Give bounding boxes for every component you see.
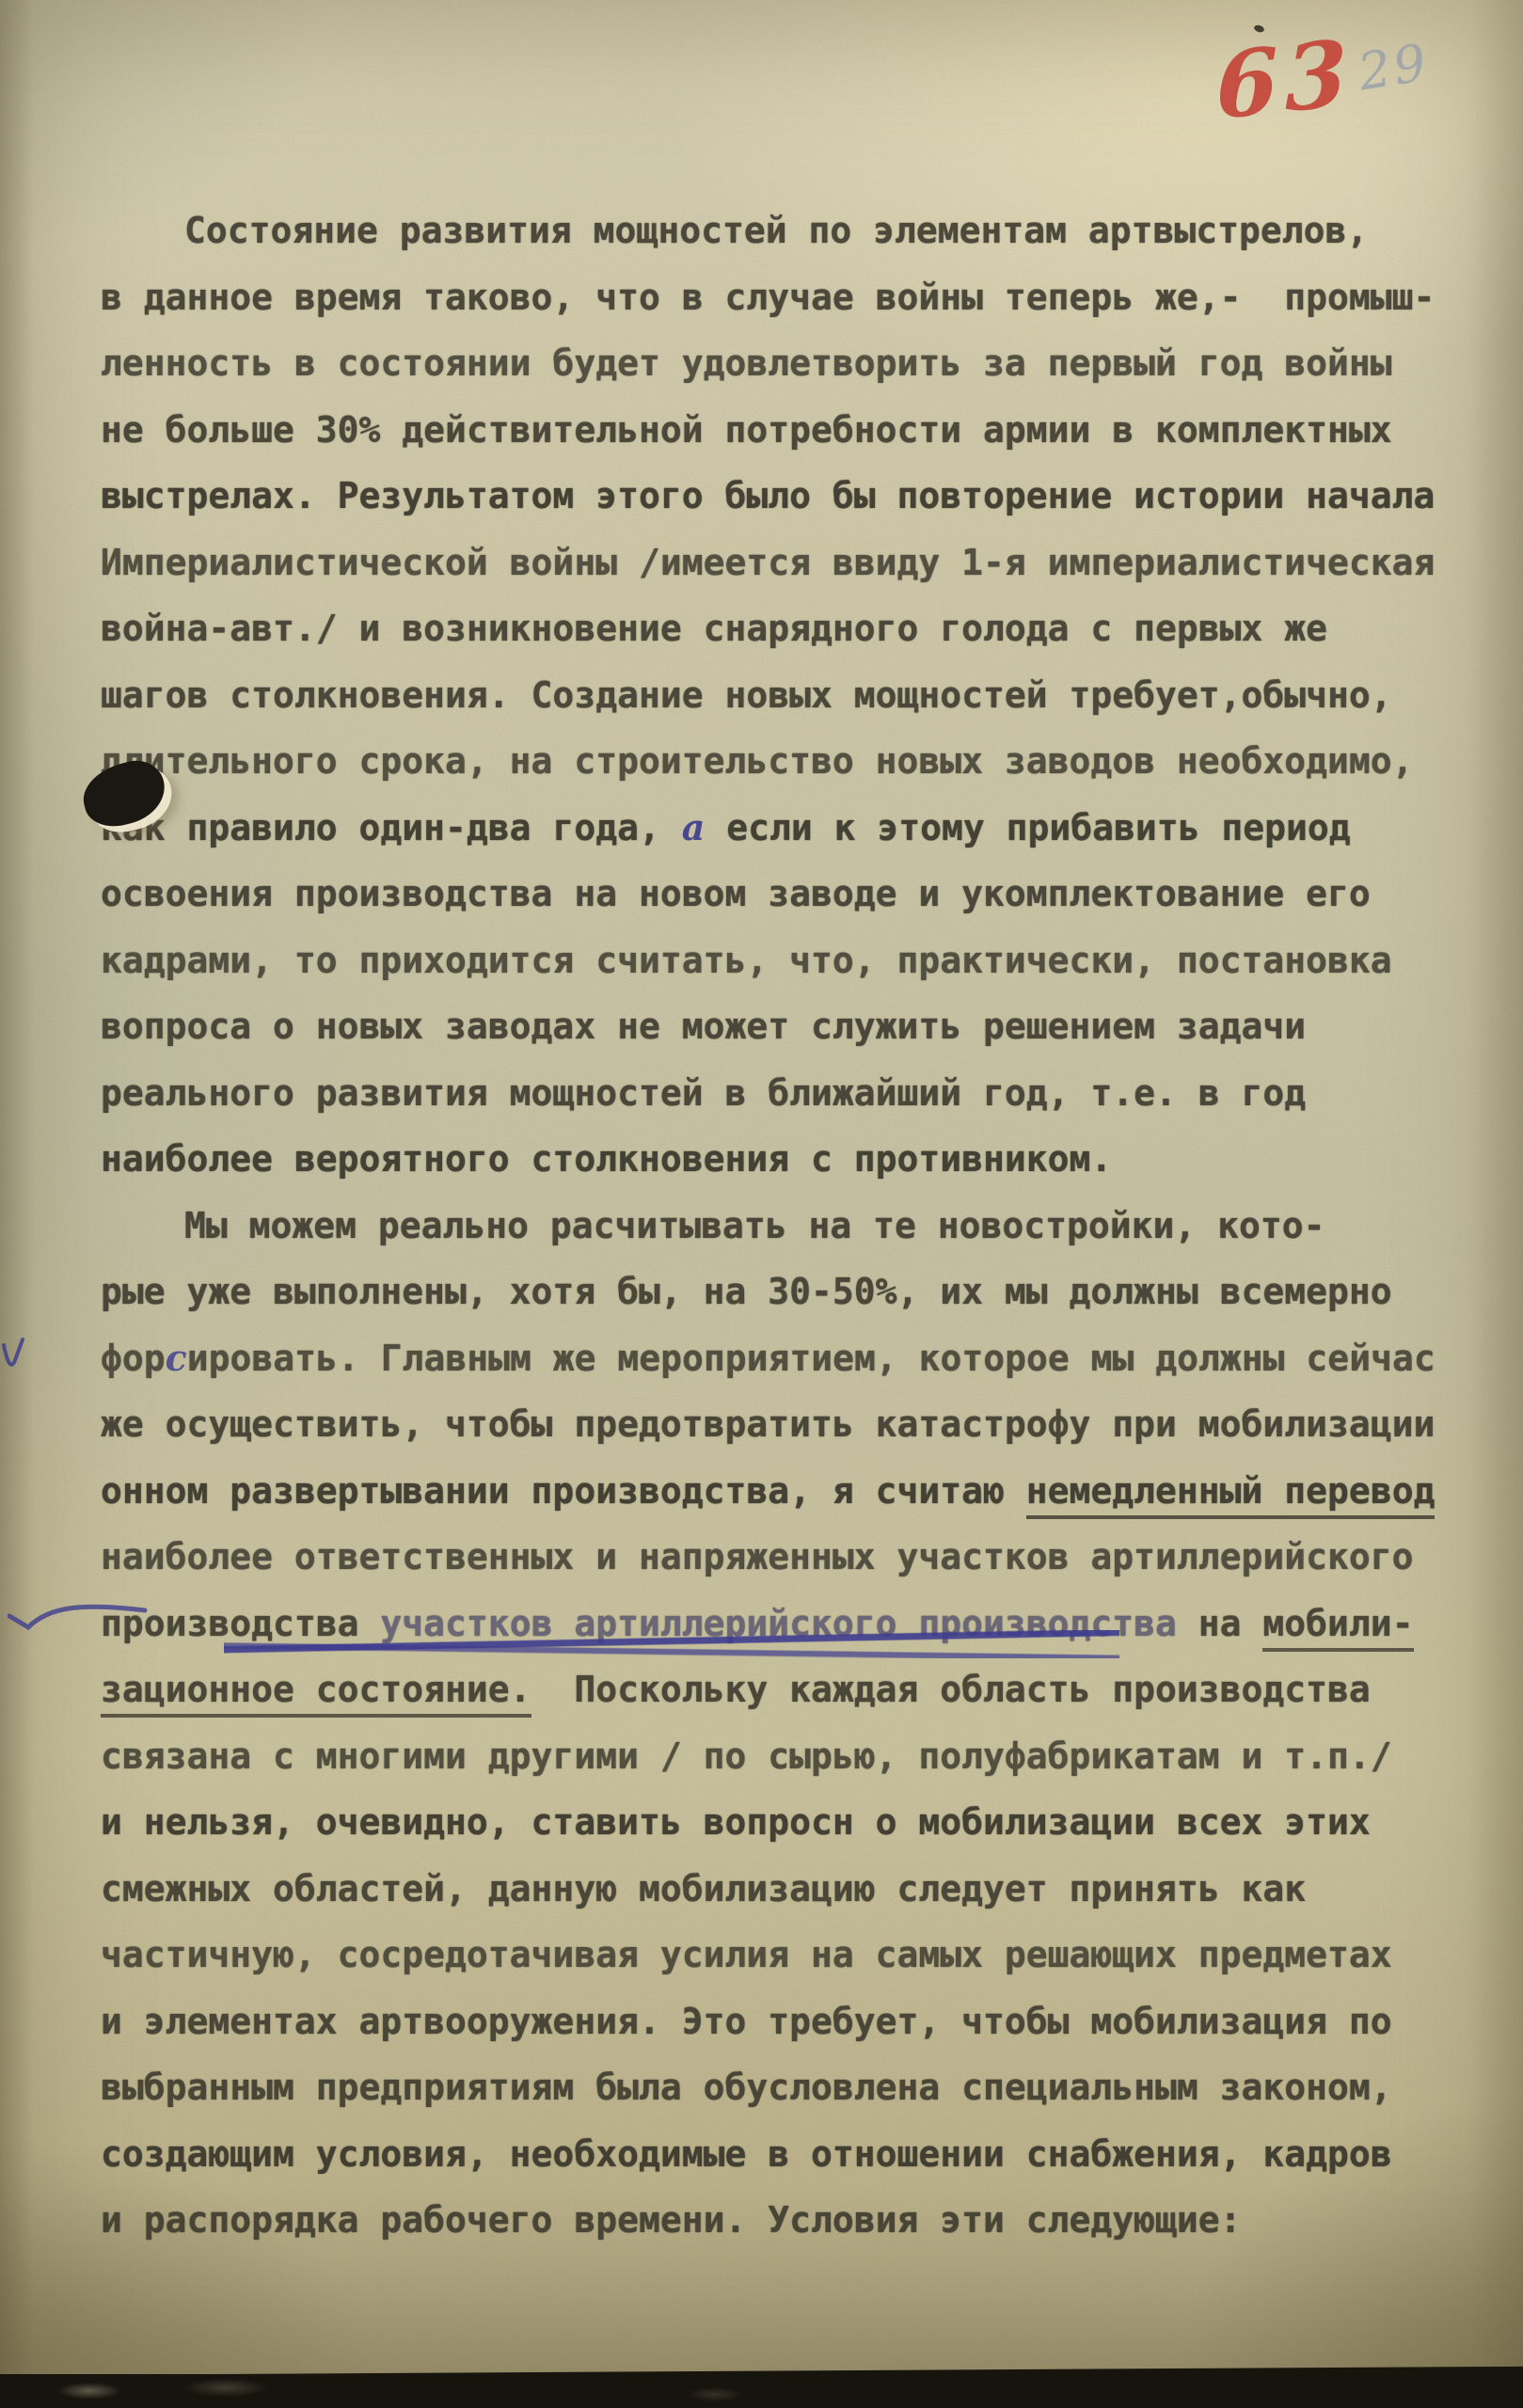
text-segment: не больше 30% действительной потребности…	[101, 408, 1392, 451]
text-line: длительного срока, на строительство новы…	[101, 739, 1414, 783]
text-line: Империалистической войны /имеется ввиду …	[101, 541, 1435, 584]
text-line: же осуществить, чтобы предотвратить ката…	[101, 1402, 1435, 1446]
text-segment: Поскольку каждая область производства	[531, 1668, 1371, 1711]
text-line: рые уже выполнены, хотя бы, на 30-50%, и…	[101, 1270, 1392, 1313]
text-segment: реального развития мощностей в ближайший…	[101, 1071, 1306, 1115]
text-line: вопроса о новых заводах не может служить…	[101, 1005, 1306, 1048]
text-segment: на	[1177, 1602, 1263, 1645]
typewritten-text: Состояние развития мощностей по элемента…	[0, 0, 1523, 2374]
paper-sheet: 63 29 Состояние развития мощностей по эл…	[0, 0, 1523, 2374]
text-line: онном развертывании производства, я счит…	[101, 1469, 1435, 1519]
text-line: выбранным предприятиям была обусловлена …	[101, 2066, 1392, 2109]
text-line: выстрелах. Результатом этого было бы пов…	[101, 474, 1435, 517]
text-line: как правило один-два года, а если к этом…	[101, 806, 1351, 849]
text-line: война-авт./ и возникновение снарядного г…	[101, 607, 1327, 650]
text-segment: связана с многими другими / по сырью, по…	[101, 1735, 1392, 1778]
text-line: и нельзя, очевидно, ставить вопросн о мо…	[101, 1800, 1371, 1844]
text-line: смежных областей, данную мобилизацию сле…	[101, 1867, 1306, 1910]
text-segment: фор	[101, 1337, 166, 1380]
scanned-page: 63 29 Состояние развития мощностей по эл…	[0, 0, 1523, 2408]
text-line: наиболее вероятного столкновения с проти…	[101, 1137, 1112, 1180]
text-segment: и элементах артвооружения. Это требует, …	[101, 2000, 1392, 2043]
text-segment-blue-ink: а	[682, 806, 706, 849]
text-segment: в данное время таково, что в случае войн…	[101, 276, 1435, 319]
text-line: шагов столкновения. Создание новых мощно…	[101, 673, 1392, 717]
text-segment: наиболее вероятного столкновения с проти…	[101, 1137, 1112, 1180]
text-segment: Империалистической войны /имеется ввиду …	[101, 541, 1435, 584]
text-line: зационное состояние. Поскольку каждая об…	[101, 1668, 1371, 1718]
text-line: ленность в состоянии будет удовлетворить…	[101, 341, 1392, 385]
text-segment-underline: мобили-	[1262, 1602, 1413, 1652]
text-line: не больше 30% действительной потребности…	[101, 408, 1392, 451]
text-segment: ировать. Главным же мероприятием, которо…	[187, 1337, 1436, 1380]
text-segment-blue-ink: с	[166, 1337, 187, 1380]
text-line: создающим условия, необходимые в отношен…	[101, 2132, 1392, 2176]
text-segment: вопроса о новых заводах не может служить…	[101, 1005, 1306, 1048]
text-segment-underline: зационное состояние.	[101, 1668, 531, 1718]
text-segment: война-авт./ и возникновение снарядного г…	[101, 607, 1327, 650]
text-line: наиболее ответственных и напряженных уча…	[101, 1535, 1414, 1578]
text-segment: длительного срока, на строительство новы…	[101, 739, 1414, 783]
text-segment: кадрами, то приходится считать, что, пра…	[101, 939, 1392, 982]
text-segment: и нельзя, очевидно, ставить вопросн о мо…	[101, 1800, 1371, 1844]
text-segment: создающим условия, необходимые в отношен…	[101, 2132, 1392, 2176]
blue-ink-strikethrough-line	[224, 1630, 1119, 1658]
text-segment: рые уже выполнены, хотя бы, на 30-50%, и…	[101, 1270, 1392, 1313]
text-segment: онном развертывании производства, я счит…	[101, 1469, 1026, 1513]
text-segment: наиболее ответственных и напряженных уча…	[101, 1535, 1414, 1578]
text-line: Мы можем реально расчитывать на те новос…	[184, 1204, 1325, 1247]
text-line: связана с многими другими / по сырью, по…	[101, 1735, 1392, 1778]
text-segment: ленность в состоянии будет удовлетворить…	[101, 341, 1392, 385]
text-line: частичную, сосредотачивая усилия на самы…	[101, 1933, 1392, 1976]
text-segment-underline: немедленный перевод	[1026, 1469, 1436, 1519]
text-segment: и распорядка рабочего времени. Условия э…	[101, 2198, 1242, 2242]
text-segment: Мы можем реально расчитывать на те новос…	[184, 1204, 1325, 1247]
text-segment: как правило один-два года,	[101, 806, 682, 849]
text-segment: шагов столкновения. Создание новых мощно…	[101, 673, 1392, 717]
text-segment: смежных областей, данную мобилизацию сле…	[101, 1867, 1306, 1910]
text-segment: если к этому прибавить период	[705, 806, 1350, 849]
text-line: форсировать. Главным же мероприятием, ко…	[101, 1337, 1436, 1380]
text-segment: же осуществить, чтобы предотвратить ката…	[101, 1402, 1435, 1446]
text-segment: выстрелах. Результатом этого было бы пов…	[101, 474, 1435, 517]
text-line: в данное время таково, что в случае войн…	[101, 276, 1435, 319]
text-line: и распорядка рабочего времени. Условия э…	[101, 2198, 1242, 2242]
text-line: освоения производства на новом заводе и …	[101, 872, 1371, 915]
text-line: Состояние развития мощностей по элемента…	[184, 209, 1368, 252]
text-segment: освоения производства на новом заводе и …	[101, 872, 1371, 915]
text-line: реального развития мощностей в ближайший…	[101, 1071, 1306, 1115]
text-segment: выбранным предприятиям была обусловлена …	[101, 2066, 1392, 2109]
text-segment: частичную, сосредотачивая усилия на самы…	[101, 1933, 1392, 1976]
text-line: и элементах артвооружения. Это требует, …	[101, 2000, 1392, 2043]
text-segment: Состояние развития мощностей по элемента…	[184, 209, 1368, 252]
text-line: кадрами, то приходится считать, что, пра…	[101, 939, 1392, 982]
